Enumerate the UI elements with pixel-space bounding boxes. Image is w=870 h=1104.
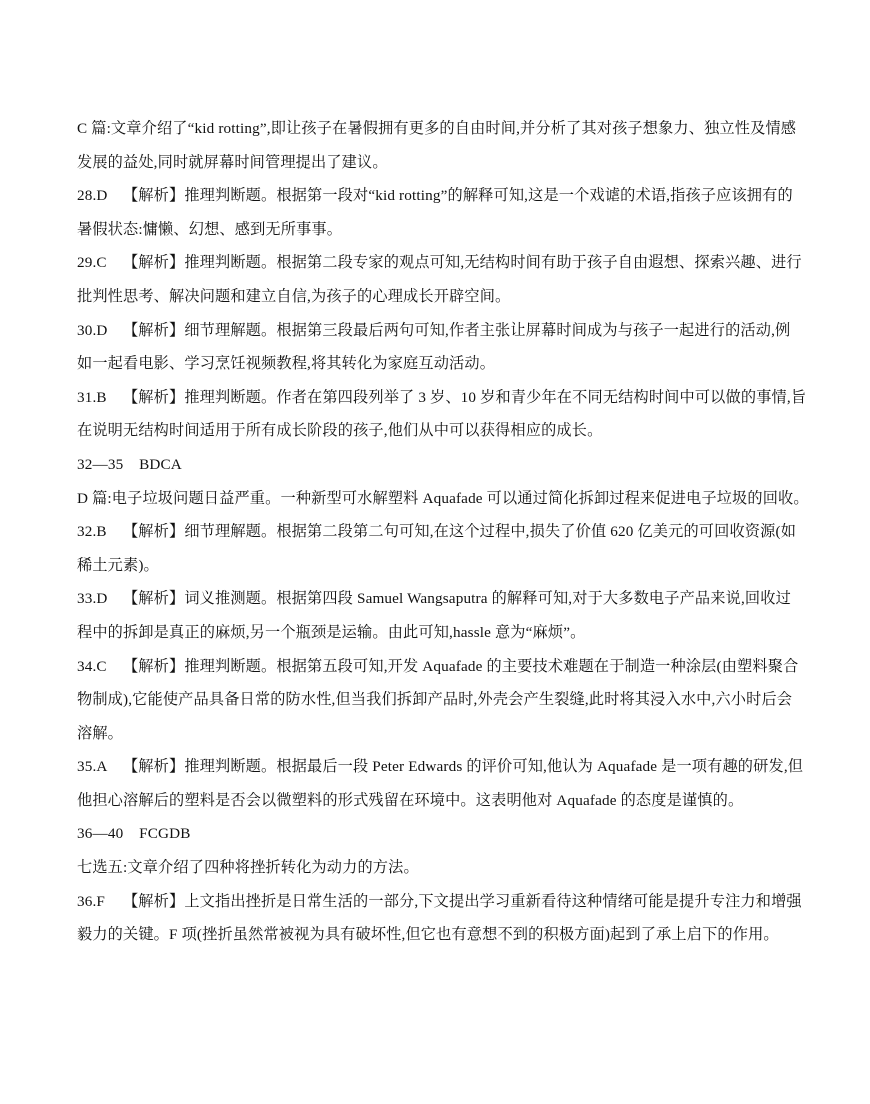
- text-line: 词义推测题。根据第四段 Samuel Wangsaputra 的解释可知,对于大…: [184, 590, 791, 607]
- answer-29: 29.C 【解析】推理判断题。根据第二段专家的观点可知,无结构时间有助于孩子自由…: [77, 246, 807, 313]
- analysis-tag: 【解析】: [123, 187, 184, 204]
- question-number: 29.C: [77, 246, 119, 280]
- text-line: 细节理解题。根据第三段最后两句可知,作者主张让屏幕时间成为与孩子一起进行的活动,…: [184, 322, 790, 339]
- text-line: 批判性思考、解决问题和建立自信,为孩子的心理成长开辟空间。: [77, 280, 807, 314]
- text-line: 溶解。: [77, 717, 807, 751]
- passage-d-summary: D 篇:电子垃圾问题日益严重。一种新型可水解塑料 Aquafade 可以通过简化…: [77, 482, 807, 516]
- text-line: 推理判断题。根据最后一段 Peter Edwards 的评价可知,他认为 Aqu…: [184, 758, 803, 775]
- text-line: C 篇:文章介绍了“kid rotting”,即让孩子在暑假拥有更多的自由时间,…: [77, 112, 807, 146]
- text-line: 细节理解题。根据第二段第二句可知,在这个过程中,损失了价值 620 亿美元的可回…: [184, 523, 796, 540]
- answer-28: 28.D 【解析】推理判断题。根据第一段对“kid rotting”的解释可知,…: [77, 179, 807, 246]
- text-line: 发展的益处,同时就屏幕时间管理提出了建议。: [77, 146, 807, 180]
- answer-33: 33.D 【解析】词义推测题。根据第四段 Samuel Wangsaputra …: [77, 582, 807, 649]
- question-number: 30.D: [77, 314, 119, 348]
- text-line: 暑假状态:慵懒、幻想、感到无所事事。: [77, 213, 807, 247]
- document-page: C 篇:文章介绍了“kid rotting”,即让孩子在暑假拥有更多的自由时间,…: [77, 112, 807, 952]
- question-number: 34.C: [77, 650, 119, 684]
- text-line: 他担心溶解后的塑料是否会以微塑料的形式残留在环境中。这表明他对 Aquafade…: [77, 784, 807, 818]
- question-number: 33.D: [77, 582, 119, 616]
- question-number: 32.B: [77, 515, 119, 549]
- text-line: 推理判断题。根据第二段专家的观点可知,无结构时间有助于孩子自由遐想、探索兴趣、进…: [184, 254, 801, 271]
- text-line: 程中的拆卸是真正的麻烦,另一个瓶颈是运输。由此可知,hassle 意为“麻烦”。: [77, 616, 807, 650]
- analysis-tag: 【解析】: [123, 389, 184, 406]
- answer-35: 35.A 【解析】推理判断题。根据最后一段 Peter Edwards 的评价可…: [77, 750, 807, 817]
- question-number: 28.D: [77, 179, 119, 213]
- analysis-tag: 【解析】: [123, 523, 184, 540]
- analysis-tag: 【解析】: [123, 322, 184, 339]
- text-line: 推理判断题。根据第五段可知,开发 Aquafade 的主要技术难题在于制造一种涂…: [184, 658, 798, 675]
- analysis-tag: 【解析】: [123, 658, 184, 675]
- text-line: 推理判断题。作者在第四段列举了 3 岁、10 岁和青少年在不同无结构时间中可以做…: [184, 389, 806, 406]
- analysis-tag: 【解析】: [123, 590, 184, 607]
- answer-30: 30.D 【解析】细节理解题。根据第三段最后两句可知,作者主张让屏幕时间成为与孩…: [77, 314, 807, 381]
- answer-key-32-35: 32—35 BDCA: [77, 448, 807, 482]
- answer-32: 32.B 【解析】细节理解题。根据第二段第二句可知,在这个过程中,损失了价值 6…: [77, 515, 807, 582]
- question-number: 31.B: [77, 381, 119, 415]
- answer-key-36-40: 36—40 FCGDB: [77, 817, 807, 851]
- seven-choose-five-summary: 七选五:文章介绍了四种将挫折转化为动力的方法。: [77, 851, 807, 885]
- text-line: 如一起看电影、学习烹饪视频教程,将其转化为家庭互动活动。: [77, 347, 807, 381]
- text-line: 稀土元素)。: [77, 549, 807, 583]
- passage-c-summary: C 篇:文章介绍了“kid rotting”,即让孩子在暑假拥有更多的自由时间,…: [77, 112, 807, 179]
- question-number: 35.A: [77, 750, 119, 784]
- text-line: 物制成),它能使产品具备日常的防水性,但当我们拆卸产品时,外壳会产生裂缝,此时将…: [77, 683, 807, 717]
- answer-34: 34.C 【解析】推理判断题。根据第五段可知,开发 Aquafade 的主要技术…: [77, 650, 807, 751]
- question-number: 36.F: [77, 885, 119, 919]
- answer-31: 31.B 【解析】推理判断题。作者在第四段列举了 3 岁、10 岁和青少年在不同…: [77, 381, 807, 448]
- analysis-tag: 【解析】: [123, 254, 184, 271]
- analysis-tag: 【解析】: [123, 893, 184, 910]
- answer-36: 36.F 【解析】上文指出挫折是日常生活的一部分,下文提出学习重新看待这种情绪可…: [77, 885, 807, 952]
- text-line: 毅力的关键。F 项(挫折虽然常被视为具有破坏性,但它也有意想不到的积极方面)起到…: [77, 918, 807, 952]
- text-line: 上文指出挫折是日常生活的一部分,下文提出学习重新看待这种情绪可能是提升专注力和增…: [184, 893, 801, 910]
- text-line: 在说明无结构时间适用于所有成长阶段的孩子,他们从中可以获得相应的成长。: [77, 414, 807, 448]
- text-line: 推理判断题。根据第一段对“kid rotting”的解释可知,这是一个戏谑的术语…: [184, 187, 793, 204]
- analysis-tag: 【解析】: [123, 758, 184, 775]
